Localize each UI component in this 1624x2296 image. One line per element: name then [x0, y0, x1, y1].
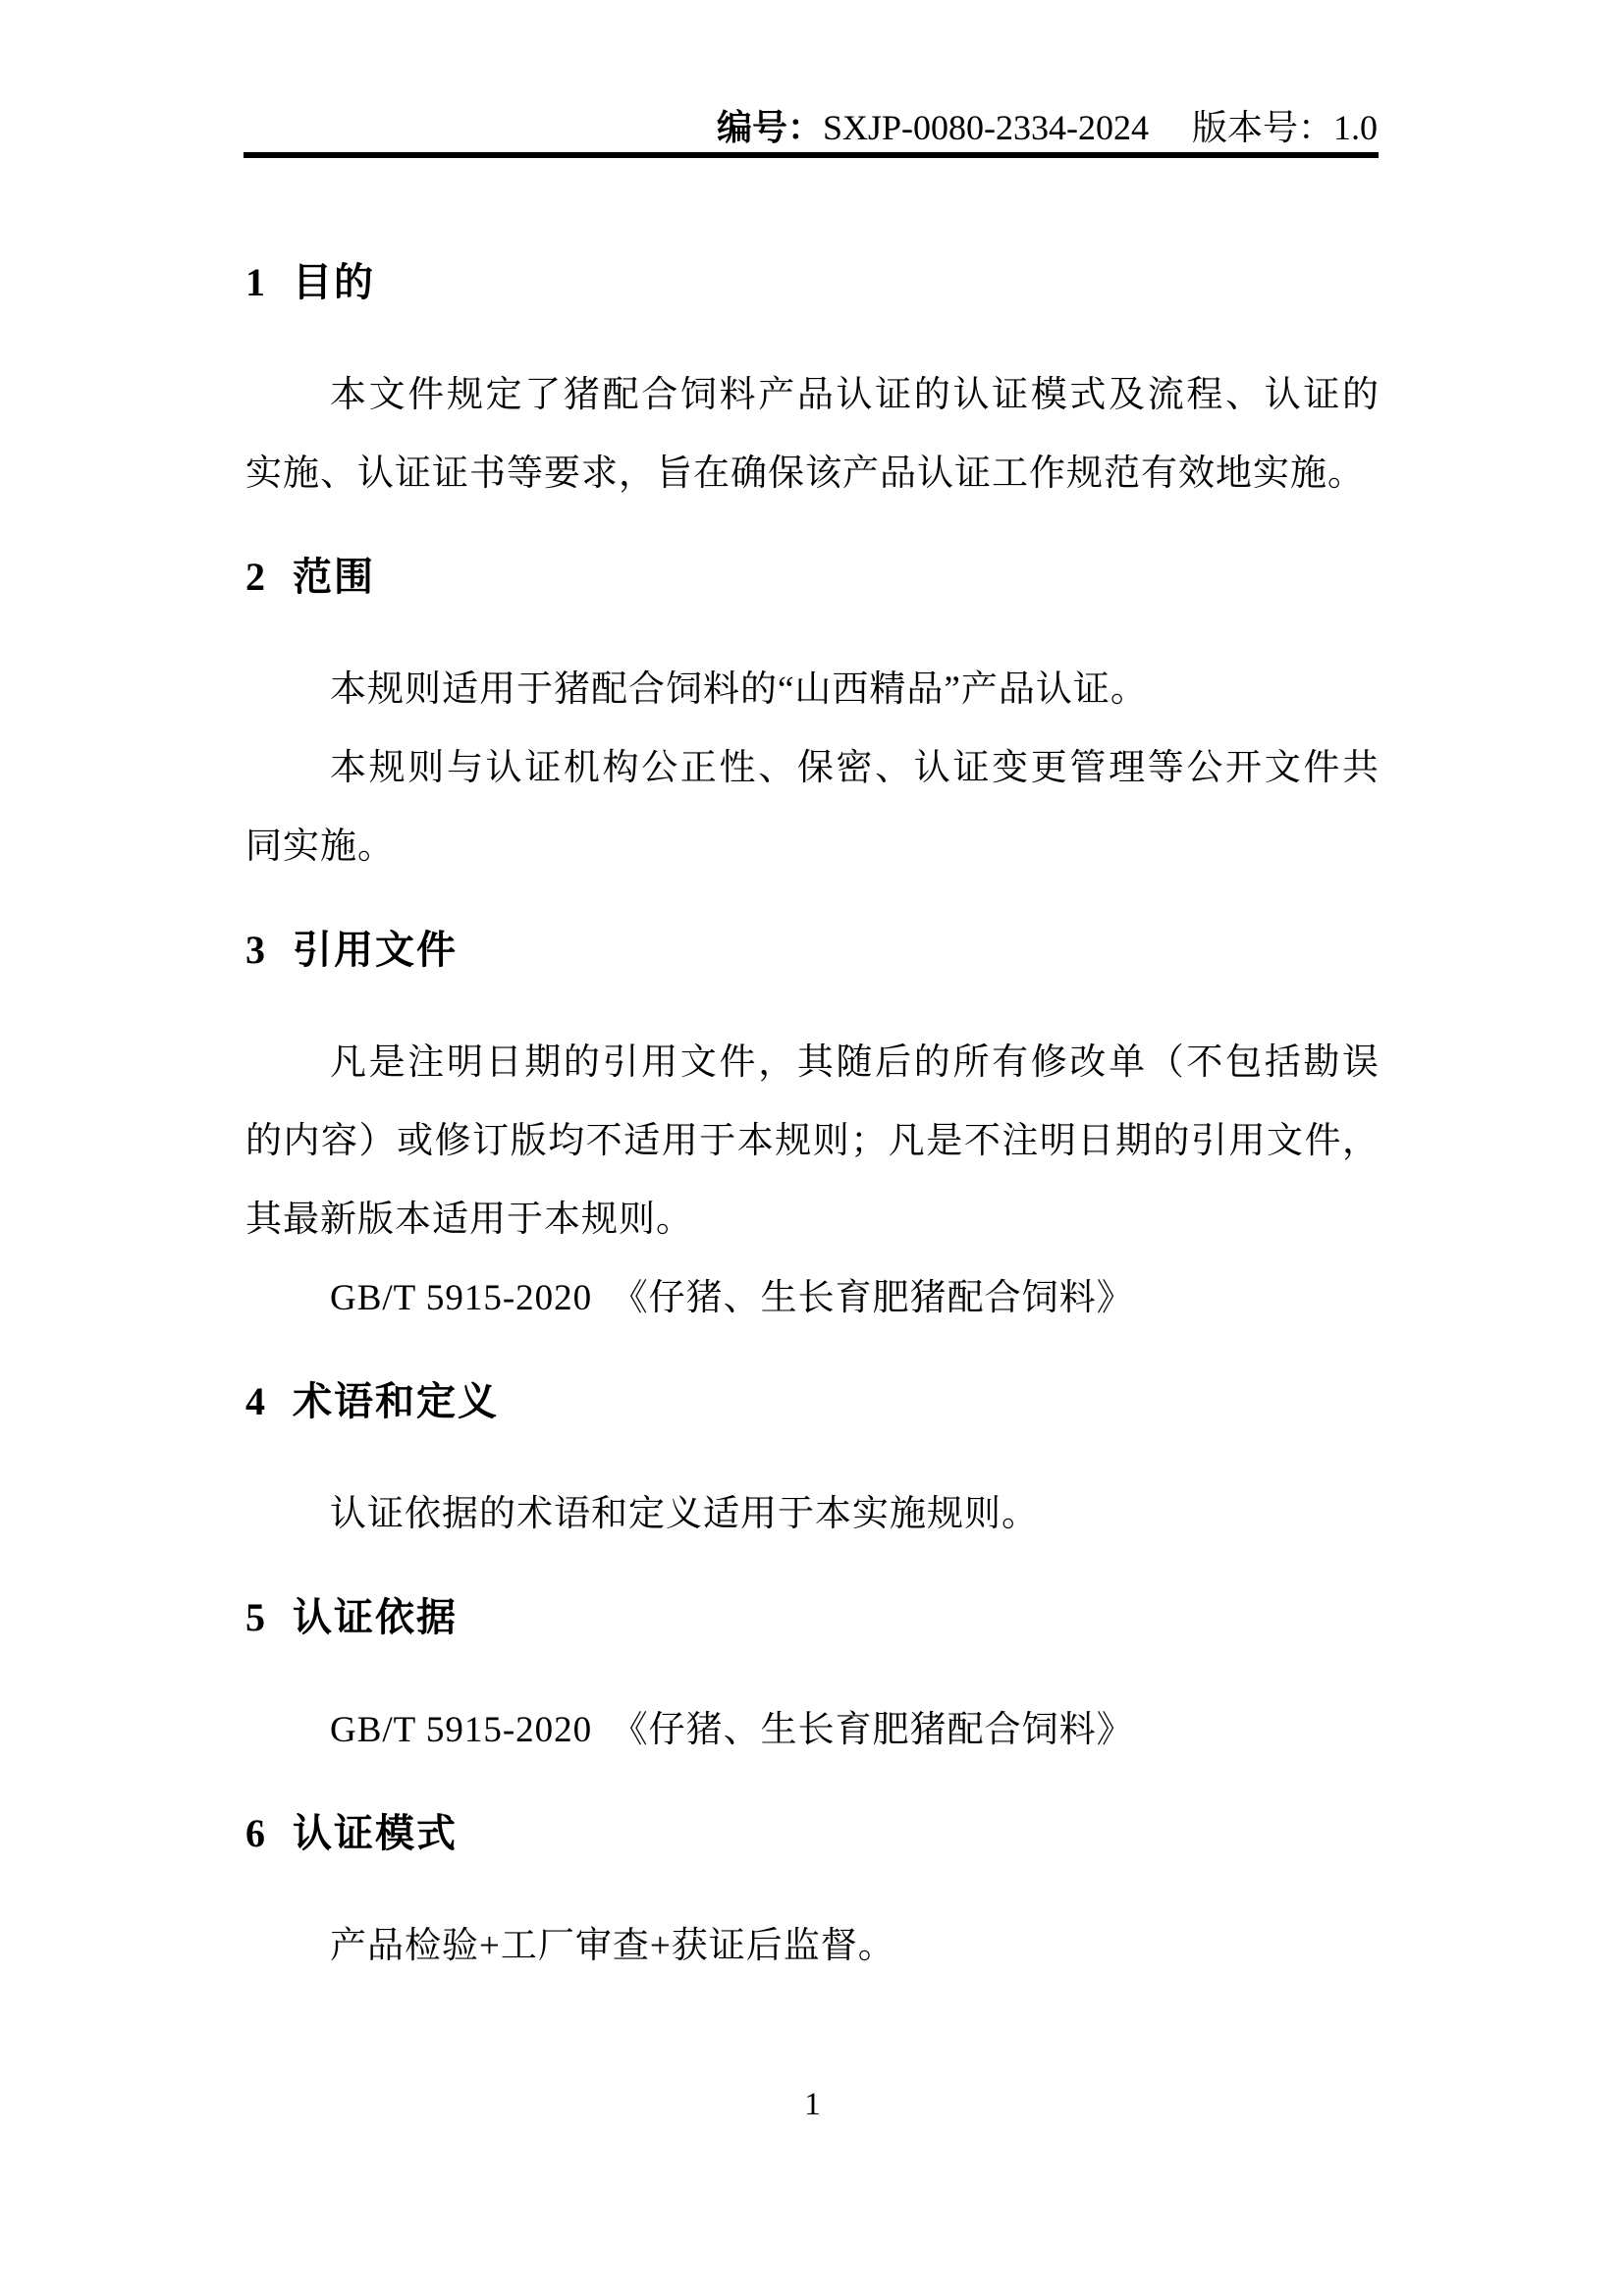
section-heading: 6认证模式: [245, 1814, 1380, 1853]
section-number: 4: [245, 1379, 267, 1423]
text-line: GB/T 5915-2020 《仔猪、生长育肥猪配合饲料》: [245, 1259, 1380, 1338]
text-line: 的内容）或修订版均不适用于本规则；凡是不注明日期的引用文件，: [245, 1102, 1380, 1181]
section-5: 5认证依据GB/T 5915-2020 《仔猪、生长育肥猪配合饲料》: [245, 1598, 1380, 1770]
text-line: 凡是注明日期的引用文件，其随后的所有修改单（不包括勘误: [245, 1024, 1380, 1102]
section-title: 认证依据: [293, 1595, 458, 1639]
section-heading: 1目的: [245, 263, 1380, 302]
section-number: 1: [245, 260, 267, 304]
text-line: 认证依据的术语和定义适用于本实施规则。: [245, 1475, 1380, 1554]
paragraph: 认证依据的术语和定义适用于本实施规则。: [245, 1475, 1380, 1554]
paragraph: 产品检验+工厂审查+获证后监督。: [245, 1907, 1380, 1986]
paragraph: GB/T 5915-2020 《仔猪、生长育肥猪配合饲料》: [245, 1691, 1380, 1770]
paragraph: 凡是注明日期的引用文件，其随后的所有修改单（不包括勘误的内容）或修订版均不适用于…: [245, 1024, 1380, 1259]
section-title: 范围: [293, 555, 375, 599]
section-3: 3引用文件凡是注明日期的引用文件，其随后的所有修改单（不包括勘误的内容）或修订版…: [245, 931, 1380, 1338]
page-number: 1: [245, 2083, 1380, 2126]
section-number: 3: [245, 928, 267, 972]
document-page: 编号：SXJP-0080-2334-2024版本号：1.0 1目的本文件规定了猪…: [0, 0, 1624, 2296]
text-line: 本规则与认证机构公正性、保密、认证变更管理等公开文件共: [245, 729, 1380, 808]
text-line: 本文件规定了猪配合饲料产品认证的认证模式及流程、认证的: [245, 356, 1380, 435]
section-4: 4术语和定义认证依据的术语和定义适用于本实施规则。: [245, 1382, 1380, 1554]
section-title: 引用文件: [293, 928, 458, 972]
text-line: 同实施。: [245, 808, 1380, 886]
section-heading: 5认证依据: [245, 1598, 1380, 1637]
paragraph: 本规则与认证机构公正性、保密、认证变更管理等公开文件共同实施。: [245, 729, 1380, 886]
text-line: 本规则适用于猪配合饲料的“山西精品”产品认证。: [245, 651, 1380, 729]
section-heading: 2范围: [245, 558, 1380, 597]
paragraph: 本规则适用于猪配合饲料的“山西精品”产品认证。: [245, 651, 1380, 729]
section-title: 目的: [293, 260, 375, 304]
document-body: 1目的本文件规定了猪配合饲料产品认证的认证模式及流程、认证的实施、认证证书等要求…: [245, 0, 1380, 1986]
text-line: 实施、认证证书等要求，旨在确保该产品认证工作规范有效地实施。: [245, 435, 1380, 513]
section-heading: 3引用文件: [245, 931, 1380, 970]
text-line: 其最新版本适用于本规则。: [245, 1181, 1380, 1259]
section-number: 6: [245, 1811, 267, 1855]
section-heading: 4术语和定义: [245, 1382, 1380, 1421]
section-2: 2范围本规则适用于猪配合饲料的“山西精品”产品认证。本规则与认证机构公正性、保密…: [245, 558, 1380, 886]
section-number: 2: [245, 555, 267, 599]
section-1: 1目的本文件规定了猪配合饲料产品认证的认证模式及流程、认证的实施、认证证书等要求…: [245, 263, 1380, 513]
text-line: 产品检验+工厂审查+获证后监督。: [245, 1907, 1380, 1986]
section-title: 认证模式: [293, 1811, 458, 1855]
section-number: 5: [245, 1595, 267, 1639]
paragraph: 本文件规定了猪配合饲料产品认证的认证模式及流程、认证的实施、认证证书等要求，旨在…: [245, 356, 1380, 513]
text-line: GB/T 5915-2020 《仔猪、生长育肥猪配合饲料》: [245, 1691, 1380, 1770]
section-title: 术语和定义: [293, 1379, 499, 1423]
section-6: 6认证模式产品检验+工厂审查+获证后监督。: [245, 1814, 1380, 1986]
paragraph: GB/T 5915-2020 《仔猪、生长育肥猪配合饲料》: [245, 1259, 1380, 1338]
